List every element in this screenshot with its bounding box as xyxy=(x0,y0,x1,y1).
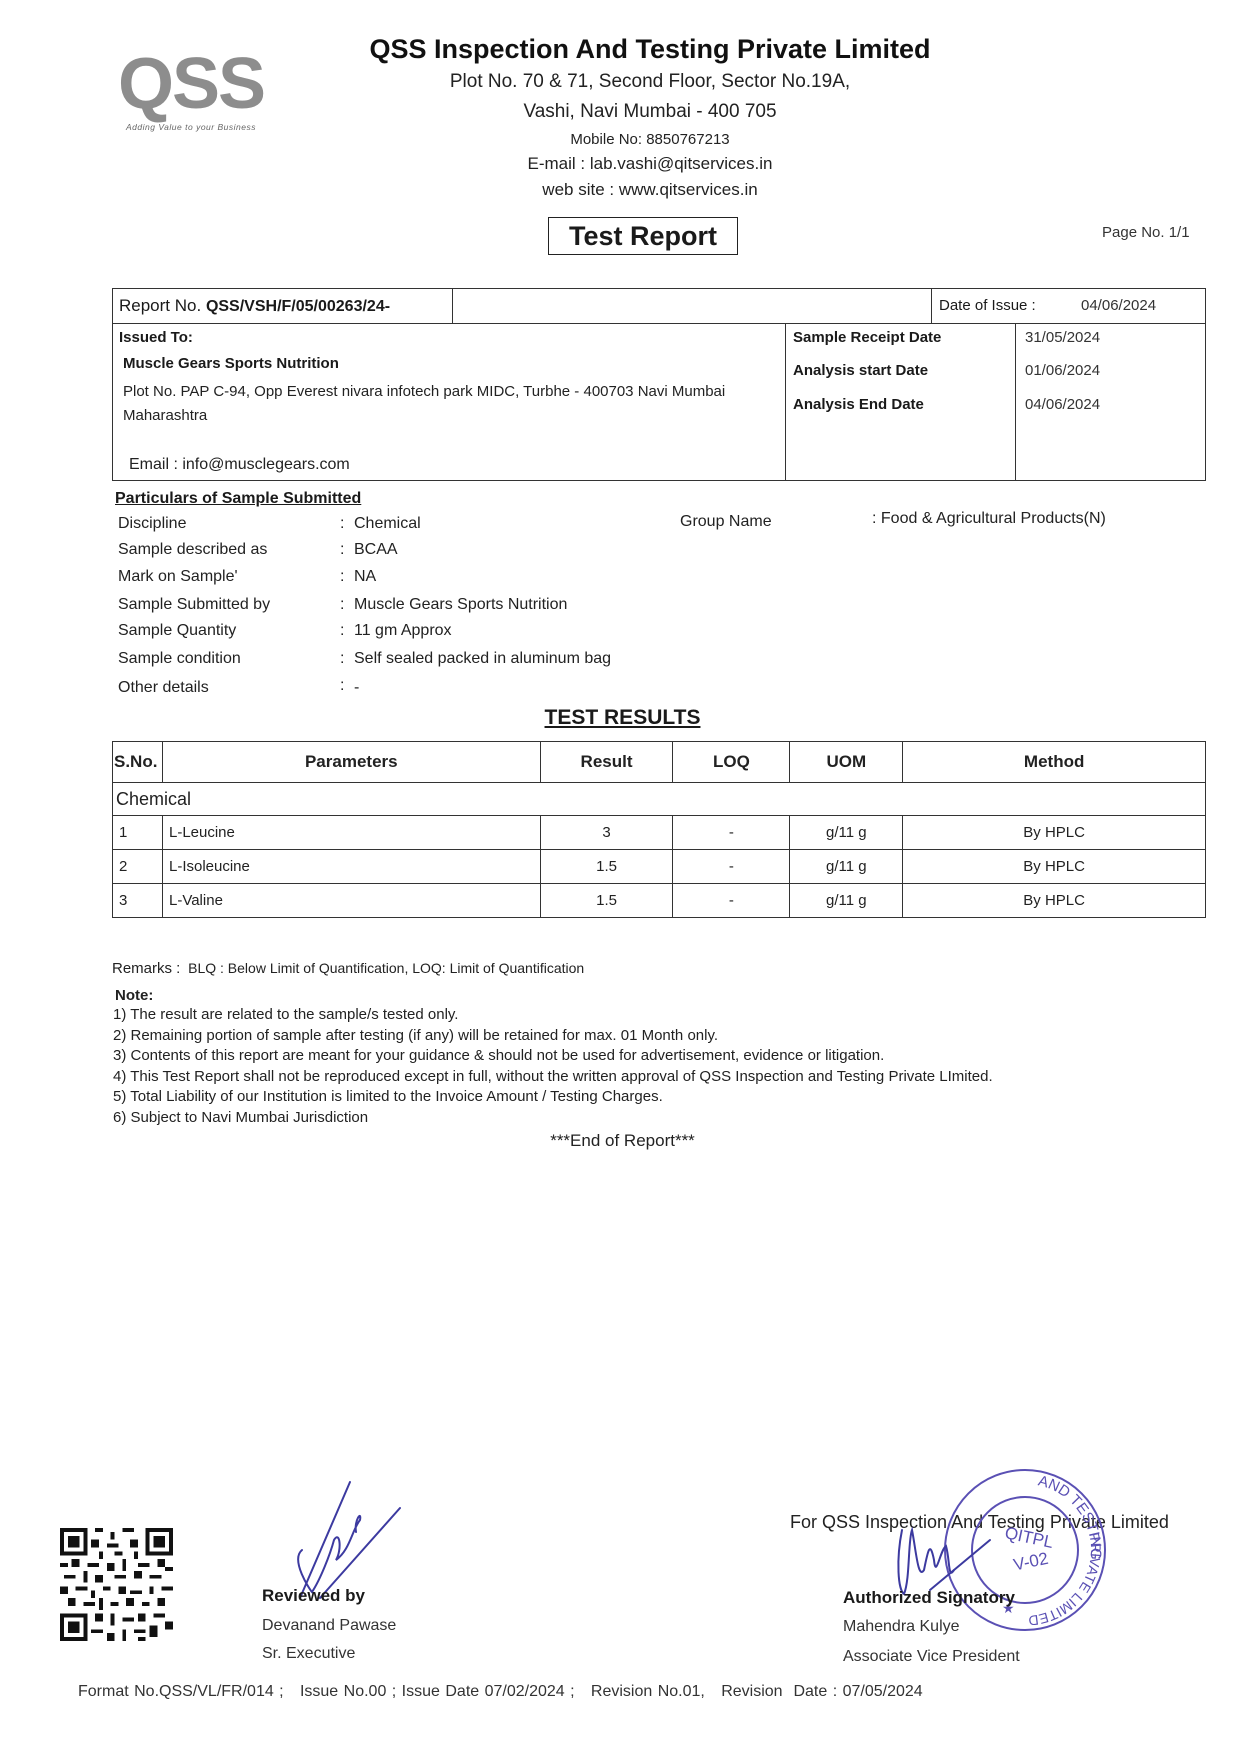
divider xyxy=(1015,323,1016,480)
particulars-title: Particulars of Sample Submitted xyxy=(115,490,361,508)
qr-code-icon[interactable] xyxy=(60,1528,173,1641)
cell-uom: g/11 g xyxy=(790,816,903,850)
stamp-center-line2: V-02 xyxy=(1012,1549,1050,1575)
table-row: 3 L-Valine 1.5 - g/11 g By HPLC xyxy=(113,884,1206,918)
table-row: 2 L-Isoleucine 1.5 - g/11 g By HPLC xyxy=(113,850,1206,884)
report-number-label: Report No. xyxy=(119,296,201,315)
report-header-box: Report No. QSS/VSH/F/05/00263/24- Date o… xyxy=(112,288,1206,481)
category-row: Chemical xyxy=(113,783,1206,816)
company-address-line2: Vashi, Navi Mumbai - 400 705 xyxy=(330,101,970,123)
stamp-center-line1: QITPL xyxy=(1003,1523,1055,1552)
column-header: S.No. xyxy=(113,742,163,783)
issued-to-label: Issued To: xyxy=(119,329,193,346)
authorized-title: Associate Vice President xyxy=(843,1648,1020,1666)
column-header: UOM xyxy=(790,742,903,783)
cell-result: 1.5 xyxy=(540,850,673,884)
colon: : xyxy=(340,568,344,586)
cell-sno: 3 xyxy=(113,884,163,918)
table-row: 1 L-Leucine 3 - g/11 g By HPLC xyxy=(113,816,1206,850)
report-number: Report No. QSS/VSH/F/05/00263/24- xyxy=(119,296,390,316)
company-name: QSS Inspection And Testing Private Limit… xyxy=(330,34,970,65)
particular-label: Sample Submitted by xyxy=(118,596,270,614)
note-item: 3) Contents of this report are meant for… xyxy=(113,1046,993,1067)
analysis-end-date-value: 04/06/2024 xyxy=(1025,396,1100,413)
company-website: web site : www.qitservices.in xyxy=(330,180,970,200)
cell-method: By HPLC xyxy=(903,816,1206,850)
particular-label: Sample condition xyxy=(118,650,241,668)
particular-label: Discipline xyxy=(118,515,186,533)
colon: : xyxy=(340,541,344,559)
sample-receipt-date-label: Sample Receipt Date xyxy=(793,329,941,346)
column-header: Parameters xyxy=(162,742,540,783)
particular-value: Muscle Gears Sports Nutrition xyxy=(354,596,567,614)
company-logo: QSS Adding Value to your Business xyxy=(118,48,288,130)
group-name-label: Group Name xyxy=(680,513,772,531)
colon: : xyxy=(340,677,344,695)
reviewer-signature-icon xyxy=(290,1480,410,1600)
footer-format-line: Format No.QSS/VL/FR/014 ; Issue No.00 ; … xyxy=(78,1683,923,1701)
reviewer-title: Sr. Executive xyxy=(262,1645,355,1663)
colon: : xyxy=(340,622,344,640)
particular-label: Sample described as xyxy=(118,541,267,559)
colon: : xyxy=(340,650,344,668)
reviewed-by-label: Reviewed by xyxy=(262,1586,365,1606)
note-item: 1) The result are related to the sample/… xyxy=(113,1005,993,1026)
notes-list: 1) The result are related to the sample/… xyxy=(113,1005,993,1128)
end-of-report: ***End of Report*** xyxy=(0,1131,1245,1151)
date-of-issue-value: 04/06/2024 xyxy=(1081,297,1156,314)
colon: : xyxy=(340,515,344,533)
divider xyxy=(452,289,453,323)
analysis-end-date-label: Analysis End Date xyxy=(793,396,924,413)
page-number: Page No. 1/1 xyxy=(1102,224,1190,241)
cell-sno: 2 xyxy=(113,850,163,884)
remarks: Remarks : BLQ : Below Limit of Quantific… xyxy=(112,960,584,977)
cell-parameter: L-Isoleucine xyxy=(162,850,540,884)
cell-result: 3 xyxy=(540,816,673,850)
particular-value: Chemical xyxy=(354,515,421,533)
group-name-text: Food & Agricultural Products(N) xyxy=(881,510,1106,527)
test-results-title: TEST RESULTS xyxy=(0,706,1245,730)
customer-email: Email : info@musclegears.com xyxy=(129,456,350,474)
authorized-name: Mahendra Kulye xyxy=(843,1618,960,1636)
cell-parameter: L-Leucine xyxy=(162,816,540,850)
cell-loq: - xyxy=(673,816,790,850)
company-mobile: Mobile No: 8850767213 xyxy=(330,131,970,148)
cell-uom: g/11 g xyxy=(790,850,903,884)
cell-parameter: L-Valine xyxy=(162,884,540,918)
analysis-start-date-value: 01/06/2024 xyxy=(1025,362,1100,379)
colon: : xyxy=(872,510,876,527)
customer-address: Plot No. PAP C-94, Opp Everest nivara in… xyxy=(123,380,763,428)
results-header-row: S.No. Parameters Result LOQ UOM Method xyxy=(113,742,1206,783)
particular-label: Sample Quantity xyxy=(118,622,236,640)
note-item: 2) Remaining portion of sample after tes… xyxy=(113,1026,993,1047)
divider xyxy=(931,289,932,323)
results-table: S.No. Parameters Result LOQ UOM Method C… xyxy=(112,741,1206,918)
authorized-signatory-label: Authorized Signatory xyxy=(843,1588,1015,1608)
particular-value: 11 gm Approx xyxy=(354,622,452,640)
particular-value: NA xyxy=(354,568,376,586)
remarks-text: BLQ : Below Limit of Quantification, LOQ… xyxy=(188,960,584,976)
cell-loq: - xyxy=(673,850,790,884)
particular-value: BCAA xyxy=(354,541,398,559)
note-item: 5) Total Liability of our Institution is… xyxy=(113,1087,993,1108)
authorized-signature-icon xyxy=(890,1510,1010,1600)
colon: : xyxy=(340,596,344,614)
column-header: Method xyxy=(903,742,1206,783)
notes-title: Note: xyxy=(115,987,153,1004)
particular-value: - xyxy=(354,679,359,697)
remarks-label: Remarks : xyxy=(112,960,180,977)
cell-sno: 1 xyxy=(113,816,163,850)
company-email: E-mail : lab.vashi@qitservices.in xyxy=(330,154,970,174)
cell-uom: g/11 g xyxy=(790,884,903,918)
column-header: Result xyxy=(540,742,673,783)
group-name-value: : Food & Agricultural Products(N) xyxy=(872,510,1106,528)
company-address-line1: Plot No. 70 & 71, Second Floor, Sector N… xyxy=(330,71,970,93)
note-item: 6) Subject to Navi Mumbai Jurisdiction xyxy=(113,1108,993,1129)
particular-label: Other details xyxy=(118,679,209,697)
note-item: 4) This Test Report shall not be reprodu… xyxy=(113,1067,993,1088)
column-header: LOQ xyxy=(673,742,790,783)
cell-method: By HPLC xyxy=(903,884,1206,918)
customer-name: Muscle Gears Sports Nutrition xyxy=(123,355,339,372)
company-header: QSS Inspection And Testing Private Limit… xyxy=(330,34,970,200)
cell-loq: - xyxy=(673,884,790,918)
report-number-value: QSS/VSH/F/05/00263/24- xyxy=(206,298,390,315)
cell-method: By HPLC xyxy=(903,850,1206,884)
date-of-issue-label: Date of Issue : xyxy=(939,297,1036,314)
sample-receipt-date-value: 31/05/2024 xyxy=(1025,329,1100,346)
category-label: Chemical xyxy=(113,783,1206,816)
analysis-start-date-label: Analysis start Date xyxy=(793,362,928,379)
reviewer-name: Devanand Pawase xyxy=(262,1617,396,1635)
particular-label: Mark on Sample' xyxy=(118,568,238,586)
divider xyxy=(785,323,786,480)
particular-value: Self sealed packed in aluminum bag xyxy=(354,650,611,668)
logo-text: QSS xyxy=(118,48,288,120)
cell-result: 1.5 xyxy=(540,884,673,918)
document-title: Test Report xyxy=(548,217,738,255)
